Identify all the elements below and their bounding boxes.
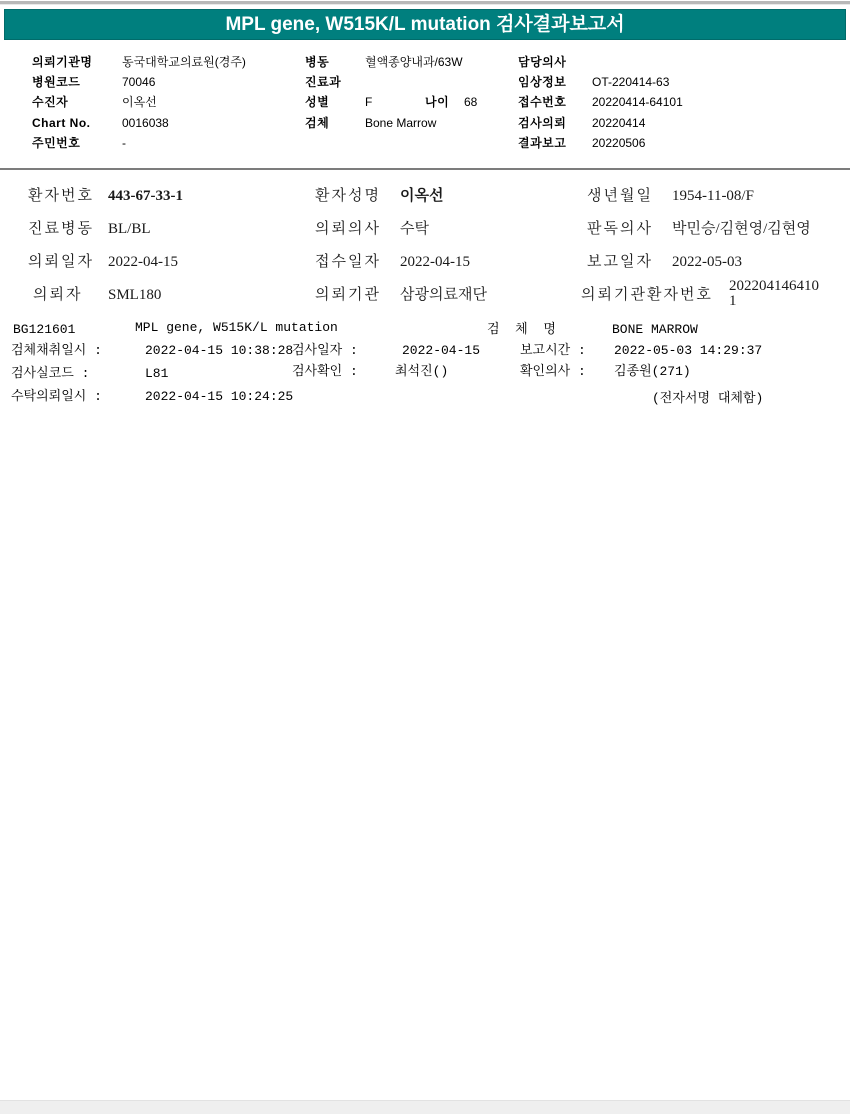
field-label: 나이 <box>425 95 449 109</box>
field-value: BL/BL <box>108 221 151 238</box>
page-title: MPL gene, W515K/L mutation 검사결과보고서 <box>225 10 624 39</box>
report-title-banner: MPL gene, W515K/L mutation 검사결과보고서 <box>4 9 846 40</box>
field-value: 수탁 <box>400 221 429 238</box>
field-label: 병동 <box>305 55 329 69</box>
field-label: 성별 <box>305 95 329 109</box>
field-value: 2022-04-15 10:24:25 <box>145 389 293 404</box>
field-label: 검사확인 : <box>292 364 358 379</box>
field-value: L81 <box>145 366 168 381</box>
field-label: 생년월일 <box>587 188 653 205</box>
field-value: 삼광의료재단 <box>400 287 487 304</box>
field-label: 주민번호 <box>32 136 80 150</box>
field-label: 의뢰자 <box>33 287 82 304</box>
referrer-patient-number: 2022041464101 <box>729 279 825 309</box>
field-label: 임상정보 <box>518 75 566 89</box>
field-label: 의뢰기관 <box>315 287 381 304</box>
field-value: OT-220414-63 <box>592 75 669 89</box>
field-value: 최석진() <box>395 364 448 379</box>
field-value: 2022-05-03 <box>672 254 742 271</box>
field-label: 보고시간 : <box>520 343 586 358</box>
bottom-strip <box>0 1100 850 1114</box>
field-value: - <box>122 136 126 150</box>
patient-name: 이옥선 <box>400 188 443 205</box>
field-label: 검사일자 : <box>292 343 358 358</box>
field-value: 20220414-64101 <box>592 95 683 109</box>
field-label: 수진자 <box>32 95 68 109</box>
field-label: 환자성명 <box>315 188 381 205</box>
field-label: 수탁의뢰일시 : <box>11 389 102 404</box>
field-label: 검체채취일시 : <box>11 343 102 358</box>
field-value: SML180 <box>108 287 161 304</box>
field-value: 70046 <box>122 75 155 89</box>
field-value: 20220506 <box>592 136 645 150</box>
window-top-strip <box>0 1 850 5</box>
field-value: 20220414 <box>592 116 645 130</box>
field-value: F <box>365 95 372 109</box>
field-label: 진료병동 <box>28 221 94 238</box>
field-value: 2022-04-15 <box>400 254 470 271</box>
field-label: 판독의사 <box>587 221 653 238</box>
field-value: 68 <box>464 95 477 109</box>
field-label: 진료과 <box>305 75 341 89</box>
field-value: 2022-05-03 14:29:37 <box>614 343 762 358</box>
report-page: MPL gene, W515K/L mutation 검사결과보고서 의뢰기관명… <box>0 0 850 1114</box>
specimen-label: 검 체 명 <box>487 322 556 337</box>
field-label: 결과보고 <box>518 136 566 150</box>
patient-id: 443-67-33-1 <box>108 188 183 205</box>
test-code: BG121601 <box>13 322 75 337</box>
field-label: 접수일자 <box>315 254 381 271</box>
field-label: 담당의사 <box>518 55 566 69</box>
field-label: Chart No. <box>32 116 91 130</box>
section-divider <box>0 168 850 170</box>
field-label: 검사의뢰 <box>518 116 566 130</box>
field-label: 의뢰기관명 <box>32 55 92 69</box>
field-value: 혈액종양내과/63W <box>365 55 463 69</box>
field-value: 2022-04-15 <box>108 254 178 271</box>
field-label: 의뢰기관환자번호 <box>581 287 713 304</box>
field-value: 동국대학교의료원(경주) <box>122 55 246 69</box>
field-value: 1954-11-08/F <box>672 188 754 205</box>
field-value: 2022-04-15 10:38:28 <box>145 343 293 358</box>
test-name: MPL gene, W515K/L mutation <box>135 320 338 335</box>
field-label: 확인의사 : <box>520 364 586 379</box>
field-label: 의뢰의사 <box>315 221 381 238</box>
field-label: 접수번호 <box>518 95 566 109</box>
field-value: 0016038 <box>122 116 169 130</box>
field-value: 2022-04-15 <box>402 343 480 358</box>
field-label: 의뢰일자 <box>28 254 94 271</box>
field-value: 박민승/김현영/김현영 <box>672 221 811 238</box>
field-value: 김종원(271) <box>614 364 691 379</box>
field-label: 검사실코드 : <box>11 366 89 381</box>
field-label: 검체 <box>305 116 329 130</box>
field-label: 병원코드 <box>32 75 80 89</box>
field-label: 보고일자 <box>587 254 653 271</box>
signature-note: (전자서명 대체함) <box>652 391 763 406</box>
field-value: 이옥선 <box>122 95 157 109</box>
field-value: Bone Marrow <box>365 116 436 130</box>
specimen-value: BONE MARROW <box>612 322 698 337</box>
field-label: 환자번호 <box>28 188 94 205</box>
